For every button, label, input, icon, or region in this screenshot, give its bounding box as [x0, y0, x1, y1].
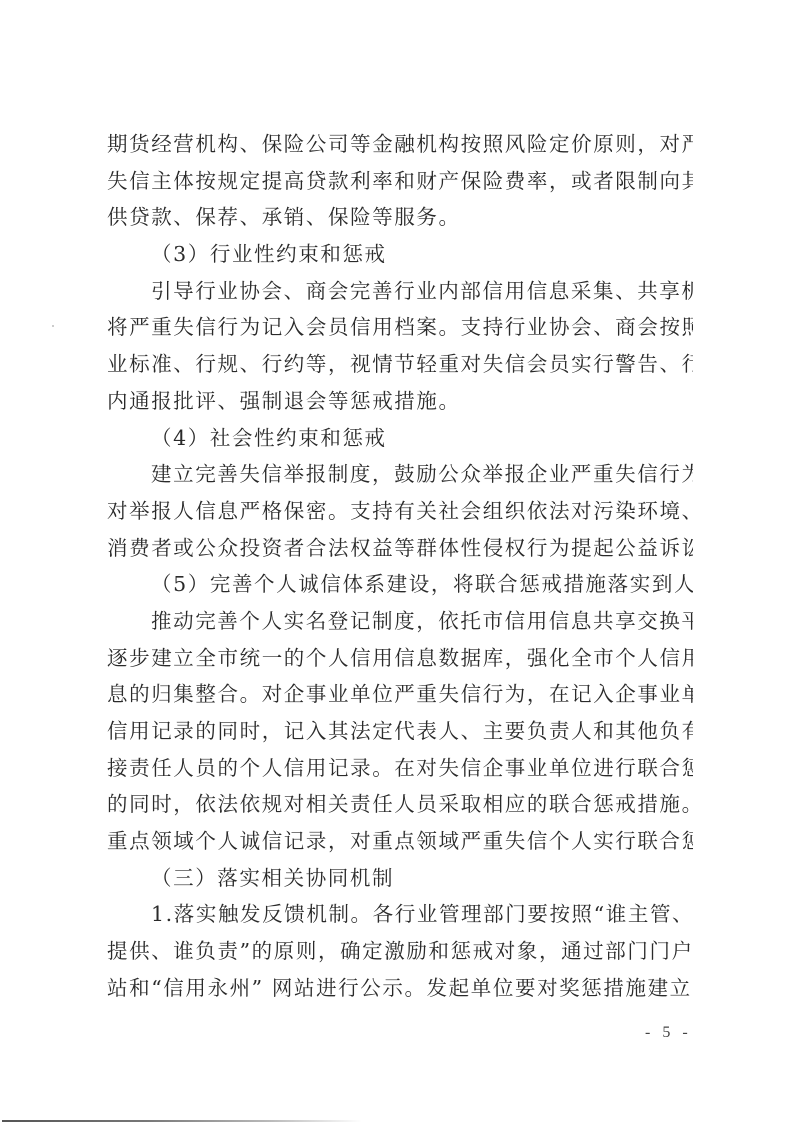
text-line: 将严重失信行为记入会员信用档案。支持行业协会、商会按照行	[107, 309, 693, 346]
scan-speck	[52, 325, 54, 327]
text-line: 提供、谁负责”的原则，确定激励和惩戒对象，通过部门门户网	[107, 933, 693, 970]
page-number: - 5 -	[645, 1024, 692, 1042]
text-line: 推动完善个人实名登记制度，依托市信用信息共享交换平台，	[107, 603, 693, 640]
text-line: 建立完善失信举报制度，鼓励公众举报企业严重失信行为，	[107, 456, 693, 493]
text-line: 站和“信用永州” 网站进行公示。发起单位要对奖惩措施建立台	[107, 970, 693, 1007]
document-body: 期货经营机构、保险公司等金融机构按照风险定价原则，对严重 失信主体按规定提高贷款…	[107, 126, 693, 1007]
text-line: 重点领域个人诚信记录，对重点领域严重失信个人实行联合惩戒。	[107, 823, 693, 860]
text-line: 失信主体按规定提高贷款利率和财产保险费率，或者限制向其提	[107, 163, 693, 200]
text-line: 的同时，依法依规对相关责任人员采取相应的联合惩戒措施。建立	[107, 786, 693, 823]
text-line: 息的归集整合。对企事业单位严重失信行为，在记入企事业单位	[107, 676, 693, 713]
text-line: 引导行业协会、商会完善行业内部信用信息采集、共享机制，	[107, 273, 693, 310]
section-heading-3: （3）行业性约束和惩戒	[107, 236, 693, 273]
text-line: 消费者或公众投资者合法权益等群体性侵权行为提起公益诉讼。	[107, 530, 693, 567]
text-line: 内通报批评、强制退会等惩戒措施。	[107, 383, 693, 420]
text-line: 接责任人员的个人信用记录。在对失信企事业单位进行联合惩戒	[107, 750, 693, 787]
text-line: 逐步建立全市统一的个人信用信息数据库，强化全市个人信用信	[107, 640, 693, 677]
text-line: 1.落实触发反馈机制。各行业管理部门要按照“谁主管、谁	[107, 896, 693, 933]
section-heading-san: （三）落实相关协同机制	[107, 860, 693, 897]
text-line: 业标准、行规、行约等，视情节轻重对失信会员实行警告、行业	[107, 346, 693, 383]
section-heading-4: （4）社会性约束和惩戒	[107, 420, 693, 457]
text-line: 对举报人信息严格保密。支持有关社会组织依法对污染环境、侵害	[107, 493, 693, 530]
section-heading-5: （5）完善个人诚信体系建设，将联合惩戒措施落实到人	[107, 566, 693, 603]
text-line: 期货经营机构、保险公司等金融机构按照风险定价原则，对严重	[107, 126, 693, 163]
text-line: 供贷款、保荐、承销、保险等服务。	[107, 199, 693, 236]
text-line: 信用记录的同时，记入其法定代表人、主要负责人和其他负有直	[107, 713, 693, 750]
